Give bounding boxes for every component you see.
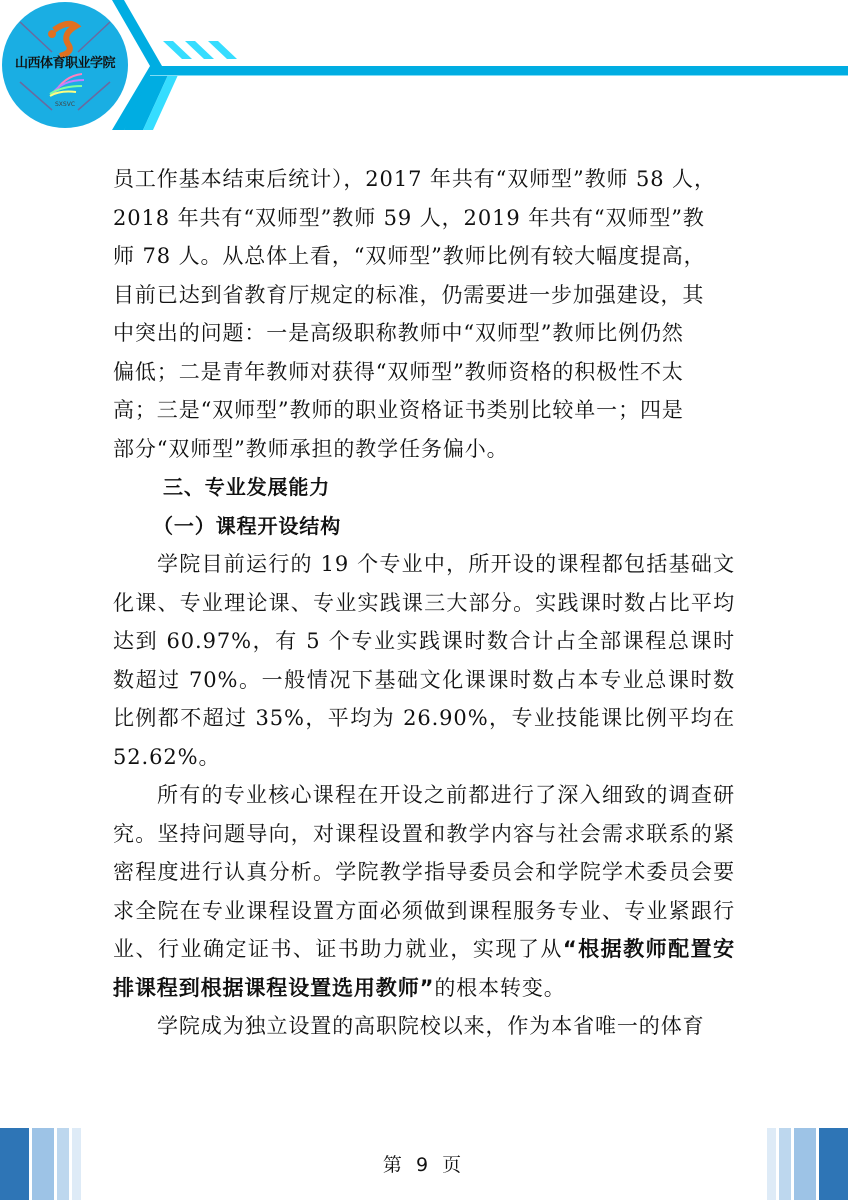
document-body: 员工作基本结束后统计），2017 年共有“双师型”教师 58 人， 2018 年… (113, 160, 735, 1046)
logo-text: 山西体育职业学院 (2, 52, 128, 71)
paragraph-line: 高；三是“双师型”教师的职业资格证书类别比较单一；四是 (113, 391, 735, 430)
school-logo: 山西体育职业学院 SXSVC (2, 2, 128, 128)
page-number: 第 9 页 (0, 1150, 848, 1177)
footer-bar-right-2 (794, 1128, 816, 1200)
paragraph-text: 的根本转变。 (434, 976, 565, 1000)
page-footer: 第 9 页 (0, 1128, 848, 1200)
paragraph-history: 学院成为独立设置的高职院校以来，作为本省唯一的体育 (113, 1007, 735, 1046)
paragraph-course-structure: 学院目前运行的 19 个专业中，所开设的课程都包括基础文化课、专业理论课、专业实… (113, 545, 735, 776)
footer-bar-right-3 (779, 1128, 791, 1200)
footer-bar-right-4 (767, 1128, 776, 1200)
logo-subtext: SXSVC (2, 101, 128, 108)
paragraph-text: 所有的专业核心课程在开设之前都进行了深入细致的调查研究。坚持问题导向，对课程设置… (113, 783, 735, 961)
paragraph-line: 部分“双师型”教师承担的教学任务偏小。 (113, 430, 735, 469)
paragraph-core-courses: 所有的专业核心课程在开设之前都进行了深入细致的调查研究。坚持问题导向，对课程设置… (113, 776, 735, 1007)
paragraph-line: 2018 年共有“双师型”教师 59 人，2019 年共有“双师型”教 (113, 199, 735, 238)
section-heading: 三、专业发展能力 (113, 468, 735, 507)
footer-bar-right-1 (819, 1128, 848, 1200)
paragraph-line: 目前已达到省教育厅规定的标准，仍需要进一步加强建设，其 (113, 276, 735, 315)
paragraph-line: 偏低；二是青年教师对获得“双师型”教师资格的积极性不太 (113, 353, 735, 392)
page-header: 山西体育职业学院 SXSVC (0, 0, 848, 150)
subsection-heading: （一）课程开设结构 (113, 507, 735, 546)
paragraph-line: 师 78 人。从总体上看，“双师型”教师比例有较大幅度提高， (113, 237, 735, 276)
paragraph-line: 中突出的问题：一是高级职称教师中“双师型”教师比例仍然 (113, 314, 735, 353)
paragraph-line: 员工作基本结束后统计），2017 年共有“双师型”教师 58 人， (113, 160, 735, 199)
